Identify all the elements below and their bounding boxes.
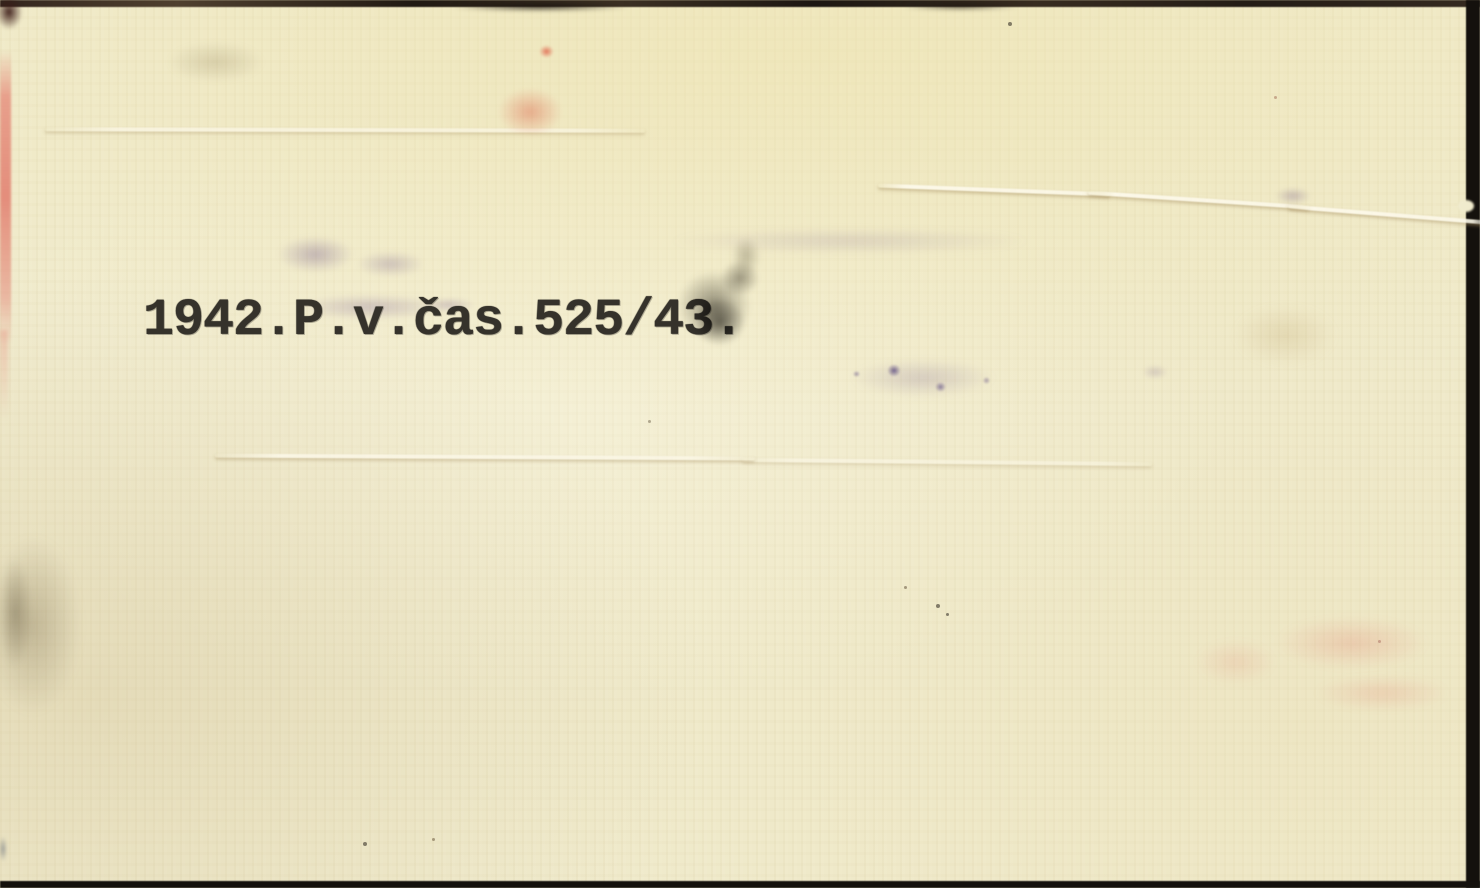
purple-bleedthrough-stain	[635, 226, 1065, 256]
pink-ink-stain	[490, 82, 570, 142]
purple-bleedthrough-stain	[1140, 364, 1170, 380]
scan-edge-right	[1466, 0, 1480, 888]
purple-ink-dot	[934, 381, 947, 393]
paper-speck	[1008, 22, 1012, 26]
purple-bleedthrough-stain	[268, 232, 363, 277]
scan-edge-bottom	[0, 881, 1480, 888]
paper-edge-notch	[1458, 200, 1474, 212]
purple-ink-dot	[982, 376, 991, 385]
typed-reference-number: 1942.P.v.čas.525/43.	[143, 295, 743, 347]
pink-edge-stripe	[0, 50, 11, 345]
purple-bleedthrough-stain	[1272, 186, 1314, 206]
paper-speck	[363, 842, 367, 846]
corner-dark-stain	[0, 0, 26, 34]
paper-crease	[742, 458, 1152, 466]
paper-speck	[648, 420, 651, 423]
scan-edge-top-dark-blob	[420, 0, 660, 13]
paper-speck	[432, 838, 435, 841]
red-smudge	[1188, 636, 1283, 688]
ink-blot	[728, 232, 764, 280]
paper-speck	[1274, 96, 1277, 99]
purple-bleedthrough-stain	[348, 248, 433, 280]
paper-speck	[1378, 640, 1381, 643]
pink-ink-stain	[538, 44, 555, 59]
paper-crease	[1288, 205, 1480, 226]
scan-edge-top-dark-blob	[880, 0, 1040, 12]
paper-speck	[936, 604, 940, 608]
paper-speck	[904, 586, 907, 589]
paper-crease	[878, 184, 1110, 197]
ink-blot	[688, 292, 752, 352]
gray-dirt-smudge	[158, 38, 273, 86]
scan-edge-top	[0, 0, 1480, 7]
tan-smudge	[1225, 300, 1345, 370]
paper-crease	[215, 454, 755, 461]
pink-edge-stripe-fade	[0, 330, 8, 420]
corner-mark	[0, 833, 8, 865]
scanned-index-card: 1942.P.v.čas.525/43.	[0, 0, 1480, 888]
red-smudge	[1302, 672, 1462, 714]
paper-speck	[946, 613, 949, 616]
purple-ink-dot	[852, 370, 861, 378]
purple-ink-dot	[886, 363, 902, 378]
red-smudge	[1262, 612, 1442, 674]
